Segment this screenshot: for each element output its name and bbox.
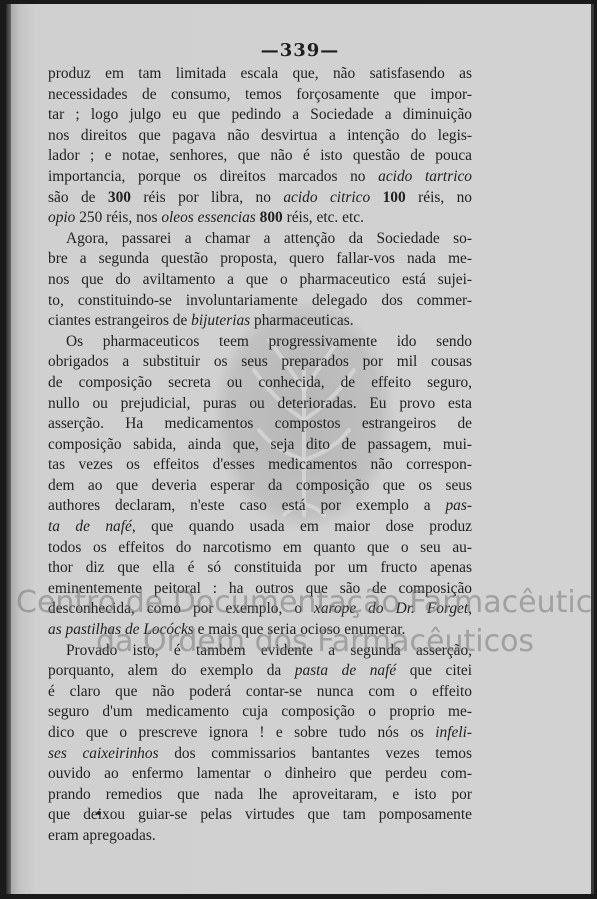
text-line: dico que o prescreve ignora ! e sobre tu… (48, 723, 472, 744)
text-run: necessidades de consumo, temos forçosame… (48, 86, 472, 103)
paragraph: Provado isto, é tambem evidente a segund… (48, 641, 472, 847)
text-run: ouvido ao enfermo lamentar o dinheiro qu… (48, 765, 472, 782)
text-line: nullo ou prejudicial, puras ou deteriora… (48, 394, 472, 415)
text-run: , que quando usada em maior dose produz (132, 518, 472, 535)
text-line: prando remedios que nada lhe aproveitara… (48, 785, 472, 806)
text-run: réis por libra, no (131, 189, 283, 206)
text-line: tar ; logo julgo eu que pedindo a Socied… (48, 105, 472, 126)
text-run: é claro que não poderá contar-se nunca c… (48, 683, 472, 700)
text-run: de composição secreta ou conhecida, de e… (48, 374, 472, 391)
text-line: nos que do aviltamento a que o pharmaceu… (48, 270, 472, 291)
text-run: nos que do aviltamento a que o pharmaceu… (48, 271, 472, 288)
text-line: necessidades de consumo, temos forçosame… (48, 85, 472, 106)
italic-term: ta de nafé (48, 518, 132, 535)
text-line: bre a segunda questão proposta, quero fa… (48, 249, 472, 270)
text-line: ciantes estrangeiros de bijuterias pharm… (48, 311, 472, 332)
text-line: seguro d'um medicamento cuja composição … (48, 702, 472, 723)
text-run: tas vezes os effeitos d'esses medicament… (48, 456, 472, 473)
text-run: bre a segunda questão proposta, quero fa… (48, 250, 472, 267)
body-text: produz em tam limitada escala que, não s… (48, 64, 472, 847)
end-mark (97, 811, 101, 815)
italic-term: bijuterias (191, 312, 250, 329)
italic-term: infeli- (435, 724, 472, 741)
text-line: é claro que não poderá contar-se nunca c… (48, 682, 472, 703)
text-run: todos os effeitos do narcotismo em quant… (48, 539, 472, 556)
text-run: nullo ou prejudicial, puras ou deteriora… (48, 395, 472, 412)
text-run: produz em tam limitada escala que, não s… (48, 65, 472, 82)
text-line: to, constituindo-se involuntariamente de… (48, 291, 472, 312)
text-run: 800 (260, 209, 283, 226)
text-line: asserção. Ha medicamentos compostos estr… (48, 414, 472, 435)
text-run: porquanto, alem do exemplo da (48, 662, 295, 679)
text-run: to, constituindo-se involuntariamente de… (48, 292, 472, 309)
text-run: réis, etc. etc. (283, 209, 364, 226)
page-right-edge (591, 4, 594, 894)
text-run: importancia, porque os direitos marcados… (48, 168, 378, 185)
text-run: Agora, passarei a chamar a attenção da S… (66, 230, 472, 247)
text-line: dem ao que deveria esperar da composição… (48, 476, 472, 497)
italic-term: pas- (445, 497, 472, 514)
text-run: obrigados a substituir os seus preparado… (48, 353, 472, 370)
text-run: composição sabida, ainda que, seja dito … (48, 436, 472, 453)
scanned-page: —339— produz em tam limitada escala que,… (6, 4, 594, 894)
watermark-line-2: da Ordem dos Farmacêuticos (96, 624, 534, 659)
text-line: nos direitos que pagava não desvirtua a … (48, 126, 472, 147)
text-line: tas vezes os effeitos d'esses medicament… (48, 455, 472, 476)
paragraph: Agora, passarei a chamar a attenção da S… (48, 229, 472, 332)
page-number: —339— (6, 40, 594, 61)
text-line: opio 250 réis, nos oleos essencias 800 r… (48, 208, 472, 229)
text-run: que deixou guiar-se pelas virtudes que t… (48, 806, 472, 823)
text-run: lador ; e notae, senhores, que não é ist… (48, 147, 472, 164)
text-run: prando remedios que nada lhe aproveitara… (48, 786, 472, 803)
text-line: lador ; e notae, senhores, que não é ist… (48, 146, 472, 167)
text-line: Agora, passarei a chamar a attenção da S… (48, 229, 472, 250)
text-run: tar ; logo julgo eu que pedindo a Socied… (48, 106, 472, 123)
text-run: 250 réis, nos (75, 209, 161, 226)
text-line: produz em tam limitada escala que, não s… (48, 64, 472, 85)
italic-term: ses caixeirinhos (48, 745, 159, 762)
text-run: thor diz que ella é só constituida por u… (48, 559, 472, 576)
text-line: ouvido ao enfermo lamentar o dinheiro qu… (48, 764, 472, 785)
text-run: que citei (396, 662, 472, 679)
text-line: porquanto, alem do exemplo da pasta de n… (48, 661, 472, 682)
text-line: ses caixeirinhos dos commissarios bantan… (48, 744, 472, 765)
text-line: ta de nafé, que quando usada em maior do… (48, 517, 472, 538)
text-run: nos direitos que pagava não desvirtua a … (48, 127, 472, 144)
text-run: asserção. Ha medicamentos compostos estr… (48, 415, 472, 432)
watermark-line-1: Centro de Documentação Farmacêutica (16, 585, 594, 620)
text-run: ciantes estrangeiros de (48, 312, 191, 329)
text-line: Os pharmaceuticos teem progressivamente … (48, 332, 472, 353)
text-run: dos commissarios bantantes vezes temos (159, 745, 472, 762)
page-binding-edge (6, 4, 11, 894)
text-run: eram apregoadas. (48, 827, 156, 844)
paragraph: produz em tam limitada escala que, não s… (48, 64, 472, 229)
text-run: são de (48, 189, 108, 206)
italic-term: oleos essencias (161, 209, 255, 226)
text-run: seguro d'um medicamento cuja composição … (48, 703, 472, 720)
text-run: réis, no (406, 189, 472, 206)
text-run: Os pharmaceuticos teem progressivamente … (66, 333, 472, 350)
text-run: authores declaram, n'este caso está por … (48, 497, 445, 514)
text-line: thor diz que ella é só constituida por u… (48, 558, 472, 579)
text-line: authores declaram, n'este caso está por … (48, 496, 472, 517)
text-line: que deixou guiar-se pelas virtudes que t… (48, 805, 472, 826)
text-line: de composição secreta ou conhecida, de e… (48, 373, 472, 394)
text-line: obrigados a substituir os seus preparado… (48, 352, 472, 373)
italic-term: opio (48, 209, 75, 226)
text-line: composição sabida, ainda que, seja dito … (48, 435, 472, 456)
text-line: eram apregoadas. (48, 826, 472, 847)
italic-term: acido tartrico (378, 168, 472, 185)
text-line: importancia, porque os direitos marcados… (48, 167, 472, 188)
text-line: todos os effeitos do narcotismo em quant… (48, 538, 472, 559)
text-run: 100 (383, 189, 406, 206)
text-line: são de 300 réis por libra, no acido citr… (48, 188, 472, 209)
text-run: 300 (108, 189, 131, 206)
text-run: dem ao que deveria esperar da composição… (48, 477, 472, 494)
text-run: pharmaceuticas. (250, 312, 353, 329)
italic-term: pasta de nafé (295, 662, 396, 679)
text-run: dico que o prescreve ignora ! e sobre tu… (48, 724, 435, 741)
italic-term: acido citrico (283, 189, 370, 206)
text-run (370, 189, 382, 206)
